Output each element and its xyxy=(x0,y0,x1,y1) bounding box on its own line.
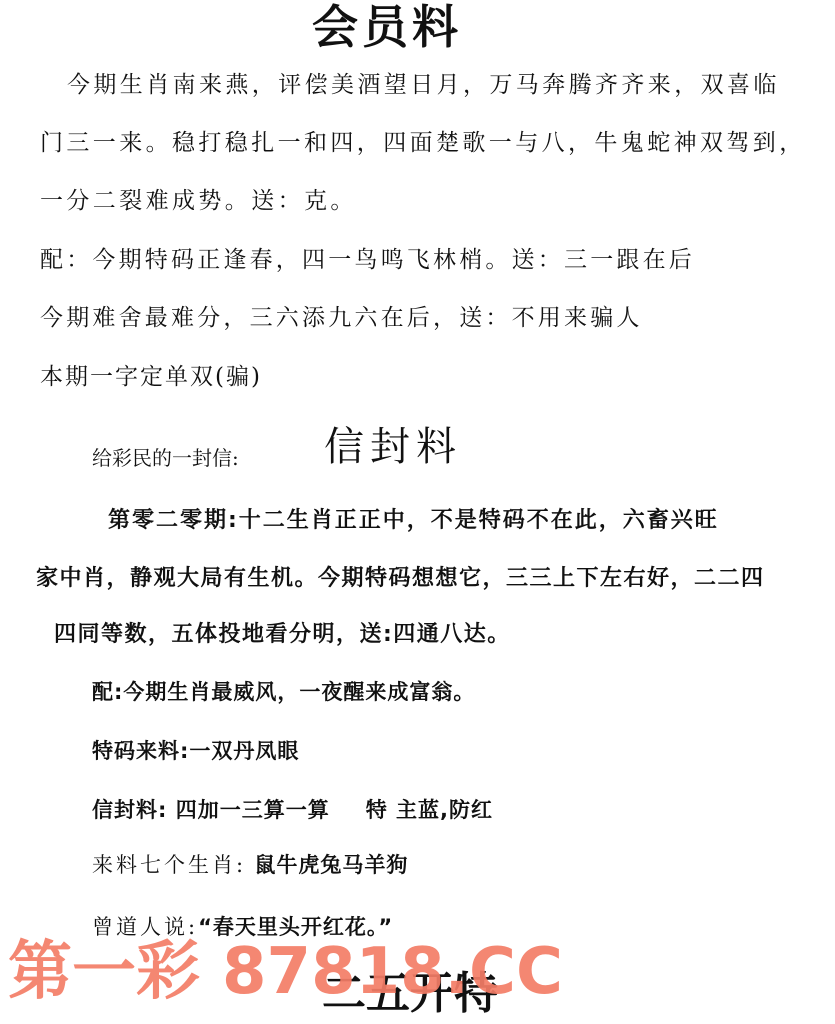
xinfeng-line: 信封料: 四加一三算一算特 主蓝,防红 xyxy=(92,800,493,821)
tema-value: 一双丹凤眼 xyxy=(189,739,299,763)
letter-line-3: 四同等数，五体投地看分明，送:四通八达。 xyxy=(54,624,511,646)
member-line-1: 今期生肖南来燕，评偿美酒望日月，万马奔腾齐齐来，双喜临 xyxy=(67,74,780,97)
letter-line-1: 第零二零期:十二生肖正正中，不是特码不在此，六畜兴旺 xyxy=(108,510,719,532)
pei-line: 配:今期生肖最威风，一夜醒来成富翁。 xyxy=(92,682,475,703)
zodiac-label: 来料七个生肖: xyxy=(92,853,246,877)
letter-line-2: 家中肖，静观大局有生机。今期特码想想它，三三上下左右好，二二四 xyxy=(36,568,765,590)
member-line-5: 今期难舍最难分，三六添九六在后，送：不用来骗人 xyxy=(40,307,643,330)
page-title: 会员料 xyxy=(312,4,462,50)
watermark-site: 87818.CC xyxy=(222,935,563,1009)
zodiac-value: 鼠牛虎兔马羊狗 xyxy=(254,853,408,877)
member-line-4: 配：今期特码正逢春，四一鸟鸣飞林梢。送：三一跟在后 xyxy=(40,249,695,272)
xinfeng-extra: 特 主蓝,防红 xyxy=(366,798,493,822)
watermark: 第一彩87818.CC xyxy=(8,940,563,1004)
xinfeng-value: 四加一三算一算 xyxy=(176,798,330,822)
member-line-6: 本期一字定单双(骗) xyxy=(40,366,262,389)
letter-label: 给彩民的一封信: xyxy=(92,448,239,468)
member-line-3: 一分二裂难成势。送：克。 xyxy=(40,190,357,213)
tema-label: 特码来料: xyxy=(92,739,189,763)
zodiac-line: 来料七个生肖: 鼠牛虎兔马羊狗 xyxy=(92,855,408,876)
letter-title: 信封料 xyxy=(324,427,462,467)
xinfeng-label: 信封料: xyxy=(92,798,167,822)
watermark-cn: 第一彩 xyxy=(8,935,200,1009)
tema-line: 特码来料:一双丹凤眼 xyxy=(92,741,299,762)
member-line-2: 门三一来。稳打稳扎一和四，四面楚歌一与八，牛鬼蛇神双驾到， xyxy=(40,132,806,155)
